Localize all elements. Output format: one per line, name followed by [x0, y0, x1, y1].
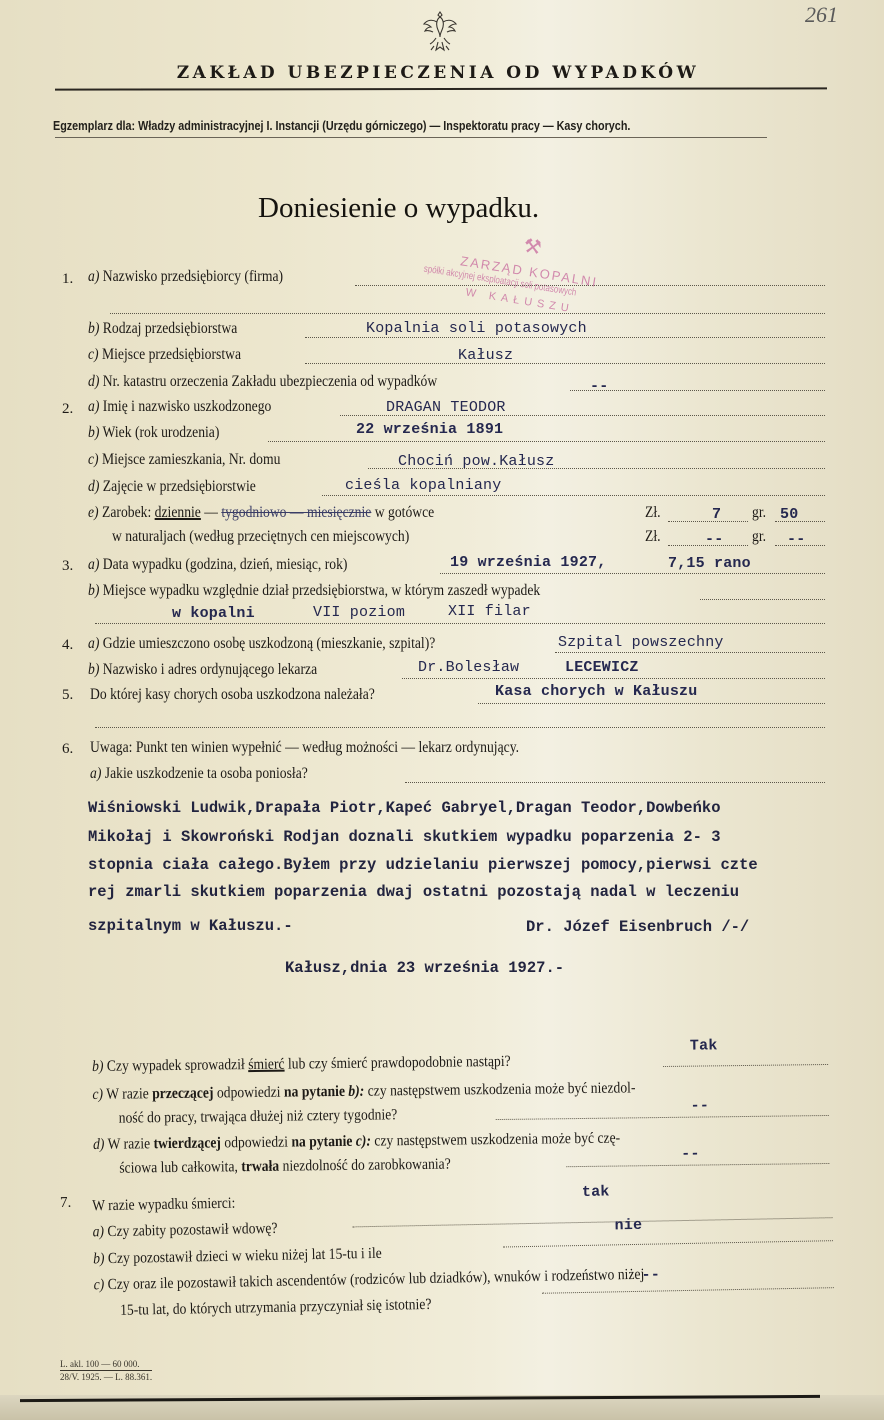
field-label: c) W razie przeczącej odpowiedzi na pyta…: [92, 1079, 635, 1104]
accident-place-value-3: XII filar: [448, 603, 531, 620]
print-run-line-1: L. akl. 100 — 60 000.: [60, 1358, 152, 1371]
print-run-note: L. akl. 100 — 60 000. 28/V. 1925. — L. 8…: [60, 1358, 152, 1383]
field-label: a) Gdzie umieszczono osobę uszkodzoną (m…: [88, 635, 435, 653]
naturalia-gr-value: --: [787, 531, 805, 548]
field-label: ściowa lub całkowita, trwała niezdolność…: [119, 1156, 451, 1178]
field-label: d) W razie twierdzącej odpowiedzi na pyt…: [93, 1130, 620, 1154]
hospital-value: Szpital powszechny: [558, 634, 724, 651]
field-label: b) Wiek (rok urodzenia): [88, 424, 219, 442]
binding-line: [20, 1395, 820, 1402]
residence-value: Chociń pow.Kałusz: [398, 453, 554, 470]
accident-date-value: 19 września 1927,: [450, 554, 606, 571]
field-occupation[interactable]: [322, 495, 825, 496]
field-label: a) Data wypadku (godzina, dzień, miesiąc…: [88, 556, 347, 574]
field-entrepreneur-name[interactable]: [355, 285, 825, 286]
document-page: 261 ZAKŁAD UBEZPIECZENIA OD WYPADKÓW Egz…: [0, 0, 884, 1420]
field-label: b) Rodzaj przedsiębiorstwa: [88, 320, 237, 338]
temporary-incapacity-value: --: [691, 1097, 710, 1114]
institution-header: ZAKŁAD UBEZPIECZENIA OD WYPADKÓW: [98, 63, 778, 83]
health-fund-value: Kasa chorych w Kałuszu: [495, 683, 697, 700]
section-number: 5.: [62, 687, 73, 704]
field-physician[interactable]: [402, 678, 825, 679]
copy-distribution-line: Egzemplarz dla: Władzy administracyjnej …: [53, 118, 630, 133]
field-label: a) Nazwisko przedsiębiorcy (firma): [88, 268, 283, 286]
field-label: c) Czy oraz ile pozostawił takich ascend…: [93, 1266, 644, 1295]
injured-name-value: DRAGAN TEODOR: [386, 399, 506, 416]
handwritten-page-number: 261: [805, 2, 838, 28]
cadastre-number-value: --: [590, 378, 608, 395]
death-occurred-value: Tak: [690, 1037, 718, 1054]
header-rule: [55, 87, 827, 90]
currency-zl-label: Zł.: [645, 504, 661, 522]
field-label: Do której kasy chorych osoba uszkodzona …: [90, 686, 375, 704]
page-bottom-edge: [0, 1395, 884, 1420]
currency-gr-label: gr.: [752, 528, 766, 546]
field-label-earnings: e) Zarobek: dziennie — tygodniowo — mies…: [88, 504, 434, 522]
field-permanent-incapacity[interactable]: [566, 1163, 829, 1167]
narrative-line: stopnia ciała całego.Byłem przy udzielan…: [88, 856, 758, 874]
section-number: 6.: [62, 741, 73, 758]
field-earnings-zl[interactable]: [668, 521, 748, 522]
field-ascendants[interactable]: [542, 1287, 834, 1294]
hammer-pick-icon: ⚒: [522, 233, 544, 260]
currency-zl-label: Zł.: [645, 528, 661, 546]
field-birth-date[interactable]: [268, 441, 825, 442]
permanent-incapacity-value: --: [681, 1146, 700, 1163]
field-label: b) Nazwisko i adres ordynującego lekarza: [88, 661, 317, 679]
physician-first-value: Dr.Bolesław: [418, 659, 519, 676]
field-health-fund-line2[interactable]: [95, 727, 825, 728]
accident-place-value-1: w kopalni: [172, 605, 255, 622]
field-injury-description[interactable]: [405, 782, 825, 783]
enterprise-location-value: Kałusz: [458, 347, 513, 364]
field-enterprise-type[interactable]: [305, 337, 825, 338]
field-label-naturalia: w naturaljach (według przeciętnych cen m…: [112, 528, 409, 546]
children-value: nie: [614, 1217, 642, 1235]
section-number: 2.: [62, 401, 73, 418]
narrative-line: szpitalnym w Kałuszu.-: [88, 917, 293, 935]
occupation-value: cieśla kopalniany: [345, 477, 501, 494]
copy-rule: [55, 137, 767, 138]
earnings-period-struck: tygodniowo — miesięcznie: [221, 504, 371, 521]
field-accident-place-line2[interactable]: [95, 623, 825, 624]
field-hospital[interactable]: [555, 652, 825, 653]
field-children[interactable]: [503, 1240, 833, 1247]
field-label: b) Czy pozostawił dzieci w wieku niżej l…: [93, 1245, 382, 1269]
field-label: c) Miejsce zamieszkania, Nr. domu: [88, 451, 280, 469]
field-accident-place[interactable]: [700, 599, 825, 600]
narrative-line: Mikołaj i Skowroński Rodjan doznali skut…: [88, 828, 721, 846]
field-label: c) Miejsce przedsiębiorstwa: [88, 346, 241, 364]
print-run-line-2: 28/V. 1925. — L. 88.361.: [60, 1371, 152, 1383]
field-label: d) Zajęcie w przedsiębiorstwie: [88, 478, 256, 496]
place-and-date: Kałusz,dnia 23 września 1927.-: [285, 959, 564, 977]
field-label: 15-tu lat, do których utrzymania przyczy…: [120, 1296, 432, 1320]
field-label: W razie wypadku śmierci:: [92, 1195, 236, 1216]
widow-value: tak: [582, 1183, 610, 1201]
field-enterprise-location[interactable]: [305, 363, 825, 364]
field-temporary-incapacity[interactable]: [496, 1115, 829, 1120]
accident-time-value: 7,15 rano: [668, 555, 751, 572]
field-label: b) Czy wypadek sprowadził śmierć lub czy…: [92, 1053, 511, 1076]
eagle-emblem-icon: [420, 8, 460, 56]
section-number: 7.: [60, 1195, 72, 1212]
accident-place-value-2: VII poziom: [313, 604, 405, 621]
field-label: ność do pracy, trwająca dłużej niż czter…: [119, 1106, 398, 1127]
earnings-gr-value: 50: [780, 506, 798, 523]
field-accident-date[interactable]: [440, 573, 825, 574]
earnings-period-selected: dziennie: [155, 504, 201, 521]
narrative-line: Wiśniowski Ludwik,Drapała Piotr,Kapeć Ga…: [88, 799, 721, 817]
currency-gr-label: gr.: [752, 504, 766, 522]
field-label: a) Jakie uszkodzenie ta osoba poniosła?: [90, 765, 308, 783]
field-widow[interactable]: [353, 1217, 833, 1227]
field-label: d) Nr. katastru orzeczenia Zakładu ubezp…: [88, 373, 437, 391]
field-entrepreneur-name-line2[interactable]: [110, 313, 825, 314]
section-number: 4.: [62, 637, 73, 654]
section-6-note: Uwaga: Punkt ten winien wypełnić — wedłu…: [90, 739, 519, 757]
enterprise-type-value: Kopalnia soli potasowych: [366, 320, 587, 337]
physician-last-value: LECEWICZ: [565, 659, 639, 676]
ascendants-value: --: [641, 1266, 660, 1283]
narrative-line: rej zmarli skutkiem poparzenia dwaj osta…: [88, 883, 739, 901]
birth-date-value: 22 września 1891: [356, 421, 503, 438]
document-title: Doniesienie o wypadku.: [258, 192, 539, 225]
earnings-zl-value: 7: [712, 506, 721, 523]
field-label: a) Imię i nazwisko uszkodzonego: [88, 398, 271, 416]
naturalia-zl-value: --: [705, 531, 723, 548]
section-number: 1.: [62, 271, 73, 288]
field-label: b) Miejsce wypadku względnie dział przed…: [88, 582, 540, 600]
field-label: a) Czy zabity pozostawił wdowę?: [92, 1220, 277, 1242]
field-death-occurred[interactable]: [663, 1064, 828, 1067]
field-health-fund[interactable]: [478, 703, 825, 704]
physician-signature: Dr. Józef Eisenbruch /-/: [526, 918, 749, 936]
section-number: 3.: [62, 558, 73, 575]
